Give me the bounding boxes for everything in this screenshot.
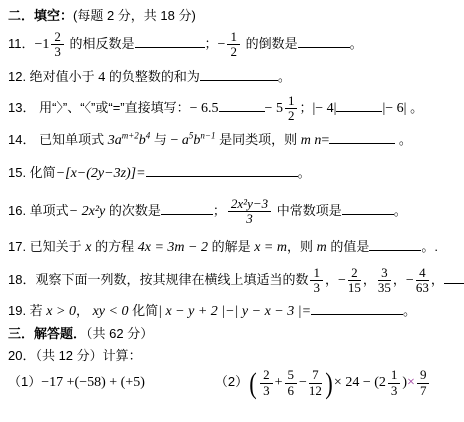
fraction-denominator: 2 bbox=[227, 45, 240, 59]
fraction-denominator: 12 bbox=[309, 384, 322, 398]
math-expression: − bbox=[299, 376, 307, 391]
text: ， bbox=[325, 272, 338, 287]
question-14: 14． 已知单项式 3am+2b4 与 − a5bn−1 是同类项，则 m n=… bbox=[8, 129, 456, 149]
math-expression: −17 +(−58) + (+5) bbox=[41, 376, 145, 391]
math-expression: = bbox=[321, 133, 329, 148]
fraction: 56 bbox=[285, 368, 298, 398]
math-power: a5 bbox=[182, 133, 194, 148]
text: ， bbox=[363, 272, 376, 287]
math-expression: × 24 − (2 bbox=[334, 376, 386, 391]
question-15: 15. 化简−[x−(2y−3z)]=。 bbox=[8, 162, 456, 182]
fraction: 712 bbox=[309, 368, 322, 398]
text: 的方程 bbox=[92, 239, 138, 254]
math-power: 3am+2 bbox=[108, 133, 139, 148]
big-paren: ( bbox=[249, 382, 257, 385]
answer-blank bbox=[336, 98, 382, 112]
fraction: 12 bbox=[227, 30, 240, 60]
fraction-denominator: 6 bbox=[285, 384, 298, 398]
fraction-numerator: 5 bbox=[285, 368, 298, 383]
text: (每题 2 分，共 18 分) bbox=[73, 8, 196, 23]
text: 。 bbox=[403, 303, 416, 318]
math-expression: x > 0 bbox=[46, 304, 76, 319]
power-base: b bbox=[139, 133, 146, 148]
fraction-denominator: 3 bbox=[260, 384, 273, 398]
fraction: 23 bbox=[51, 30, 64, 60]
math-expression: 4x = 3m − 2 bbox=[138, 240, 208, 255]
answer-blank bbox=[369, 237, 421, 251]
text: 的次数是 bbox=[105, 203, 161, 218]
fraction-numerator: 2 bbox=[260, 368, 273, 383]
fraction: 97 bbox=[417, 368, 430, 398]
text: 的负整数的和为 bbox=[105, 69, 200, 84]
text: （共 62 分） bbox=[86, 326, 153, 341]
math-expression: x = m bbox=[254, 240, 287, 255]
text: 的倒数是 bbox=[242, 36, 298, 51]
math-expression: − bbox=[338, 273, 346, 288]
text: 。. bbox=[421, 239, 438, 254]
text: 18．观察下面一列数，按其规律在横线上填适当的数 bbox=[8, 272, 308, 287]
text: 的值是 bbox=[327, 239, 370, 254]
mixed-whole: −1 bbox=[35, 37, 50, 52]
text: 16. 单项式 bbox=[8, 203, 69, 218]
text: 13． 用“〉”、“〈”或“=”直接填写： bbox=[8, 100, 190, 115]
math-power: b4 bbox=[139, 133, 151, 148]
fraction: 23 bbox=[260, 368, 273, 398]
fraction-numerator: 3 bbox=[378, 266, 391, 281]
text: 14． 已知单项式 bbox=[8, 132, 108, 147]
mixed-number: −123 bbox=[35, 30, 66, 60]
fraction: 2x²y−33 bbox=[228, 197, 271, 227]
math-expression: − 2x²y bbox=[69, 204, 106, 219]
text: ， bbox=[431, 272, 444, 287]
text: 20．（共 12 分）计算： bbox=[8, 348, 142, 363]
text: 15. 化简 bbox=[8, 165, 56, 180]
fraction-denominator: 7 bbox=[417, 384, 430, 398]
answer-blank bbox=[311, 301, 403, 315]
fraction-denominator: 2 bbox=[285, 109, 298, 123]
text: 是同类项，则 bbox=[215, 132, 300, 147]
answer-blank bbox=[298, 34, 350, 48]
text: 化简 bbox=[128, 303, 158, 318]
text: 与 bbox=[150, 132, 170, 147]
power-base: 3a bbox=[108, 133, 122, 148]
text: 。 bbox=[395, 132, 412, 147]
fraction-numerator: 2x²y−3 bbox=[228, 197, 271, 212]
fraction-numerator: 2 bbox=[348, 266, 361, 281]
text: 。 bbox=[407, 100, 424, 115]
fraction: 335 bbox=[378, 266, 391, 296]
question-20: 20．（共 12 分）计算： bbox=[8, 345, 456, 364]
math-expression: m bbox=[317, 240, 327, 255]
fraction-numerator: 1 bbox=[285, 94, 298, 109]
section-answer-header: 三．解答题．（共 62 分） bbox=[8, 323, 456, 342]
question-19: 19. 若 x > 0， xy < 0 化简| x − y + 2 |−| y … bbox=[8, 300, 456, 320]
worksheet: 二．填空：(每题 2 分，共 18 分)11．−123 的相反数是；−12 的倒… bbox=[0, 0, 464, 398]
math-expression: |− 6| bbox=[382, 101, 406, 116]
answer-blank bbox=[200, 67, 278, 81]
question-16: 16. 单项式− 2x²y 的次数是；2x²y−33 中常数项是。 bbox=[8, 197, 456, 227]
text: （1） bbox=[8, 375, 41, 390]
text: （2） bbox=[215, 375, 248, 390]
text: 11． bbox=[8, 36, 35, 51]
question-13: 13． 用“〉”、“〈”或“=”直接填写：− 6.5− 512；|− 4||− … bbox=[8, 94, 456, 124]
text: ， bbox=[393, 272, 406, 287]
fraction: 13 bbox=[310, 266, 323, 296]
fraction-numerator: 4 bbox=[416, 266, 429, 281]
fraction-numerator: 7 bbox=[309, 368, 322, 383]
math-expression: + bbox=[275, 376, 283, 391]
text: ； bbox=[205, 36, 218, 51]
math-expression: − bbox=[171, 133, 182, 148]
fraction-numerator: 1 bbox=[227, 30, 240, 45]
question-11: 11．−123 的相反数是；−12 的倒数是。 bbox=[8, 30, 456, 60]
answer-blank bbox=[146, 163, 298, 177]
power-exponent: m+2 bbox=[122, 131, 139, 141]
fraction-numerator: 9 bbox=[417, 368, 430, 383]
text: ， bbox=[76, 303, 93, 318]
text: 。 bbox=[298, 165, 311, 180]
math-expression: × bbox=[407, 376, 415, 391]
power-base: a bbox=[182, 133, 189, 148]
question-18: 18．观察下面一列数，按其规律在横线上填适当的数13，−215，335，−463… bbox=[8, 266, 456, 296]
answer-blank bbox=[329, 130, 395, 144]
fraction-numerator: 1 bbox=[310, 266, 323, 281]
answer-blank bbox=[444, 270, 464, 284]
question-12: 12. 绝对值小于 4 的负整数的和为。 bbox=[8, 66, 456, 86]
mixed-whole: − 5 bbox=[265, 100, 283, 115]
fraction-denominator: 15 bbox=[348, 281, 361, 295]
math-expression: |− 4| bbox=[312, 101, 336, 116]
text-bold: 二．填空： bbox=[8, 8, 73, 23]
text: 。 bbox=[394, 203, 407, 218]
math-power: bn−1 bbox=[193, 133, 215, 148]
big-paren: ) bbox=[325, 382, 333, 385]
answer-blank bbox=[342, 201, 394, 215]
text: ； bbox=[213, 203, 226, 218]
fraction-numerator: 1 bbox=[388, 368, 401, 383]
fraction-denominator: 63 bbox=[416, 281, 429, 295]
math-expression: − 6.5 bbox=[190, 101, 219, 116]
text: 19. 若 bbox=[8, 303, 46, 318]
fraction-denominator: 3 bbox=[228, 212, 271, 226]
fraction-denominator: 3 bbox=[310, 281, 323, 295]
text: 12. 绝对值小于 bbox=[8, 69, 98, 84]
answer-blank bbox=[135, 34, 205, 48]
fraction: 13 bbox=[388, 368, 401, 398]
question-20-items: （1）−17 +(−58) + (+5)（2）(23+56−712)× 24 −… bbox=[8, 368, 456, 398]
power-exponent: n−1 bbox=[200, 131, 215, 141]
fraction: 463 bbox=[416, 266, 429, 296]
math-expression: −[x−(2y−3z)]= bbox=[56, 166, 146, 181]
math-expression: − bbox=[218, 37, 226, 52]
math-expression: m n bbox=[301, 133, 322, 148]
math-expression: xy < 0 bbox=[93, 304, 129, 319]
fraction-denominator: 35 bbox=[378, 281, 391, 295]
answer-blank bbox=[219, 98, 265, 112]
text: 。 bbox=[278, 69, 291, 84]
question-17: 17. 已知关于 x 的方程 4x = 3m − 2 的解是 x = m，则 m… bbox=[8, 236, 456, 256]
text: 的相反数是 bbox=[66, 36, 135, 51]
fraction: 12 bbox=[285, 94, 298, 124]
text: ； bbox=[299, 100, 312, 115]
fraction-denominator: 3 bbox=[388, 384, 401, 398]
fraction-denominator: 3 bbox=[51, 45, 64, 59]
text: 中常数项是 bbox=[273, 203, 342, 218]
text: 17. 已知关于 bbox=[8, 239, 85, 254]
text: 的解是 bbox=[208, 239, 254, 254]
text: ，则 bbox=[287, 239, 317, 254]
header-fill-in: 二．填空：(每题 2 分，共 18 分) bbox=[8, 5, 456, 24]
math-expression: | x − y + 2 |−| y − x − 3 |= bbox=[158, 304, 311, 319]
fraction-numerator: 2 bbox=[51, 30, 64, 45]
text: 。 bbox=[350, 36, 363, 51]
answer-blank bbox=[161, 201, 213, 215]
fraction: 215 bbox=[348, 266, 361, 296]
math-expression: − bbox=[406, 273, 414, 288]
mixed-number: − 512 bbox=[265, 94, 300, 124]
text-bold: 三．解答题． bbox=[8, 326, 86, 341]
